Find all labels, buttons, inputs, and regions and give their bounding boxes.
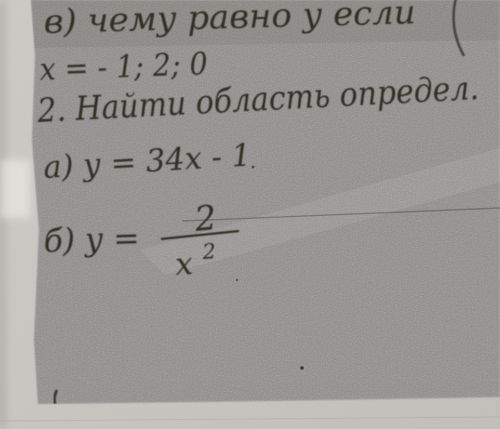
handwriting-line-b-lead: б) у = [43, 219, 140, 260]
handwriting-line-x-values: х = - 1; 2; 0 [39, 46, 208, 88]
fraction-denominator-base: х [174, 246, 194, 283]
left-strip-highlight [0, 160, 30, 218]
ink-speck [236, 279, 238, 281]
ink-speck [252, 166, 255, 169]
photo-of-handwritten-note: в) чему равно у если х = - 1; 2; 0 2. На… [0, 0, 500, 429]
ink-speck [300, 366, 303, 369]
fraction-denominator-exponent: 2 [201, 239, 217, 264]
